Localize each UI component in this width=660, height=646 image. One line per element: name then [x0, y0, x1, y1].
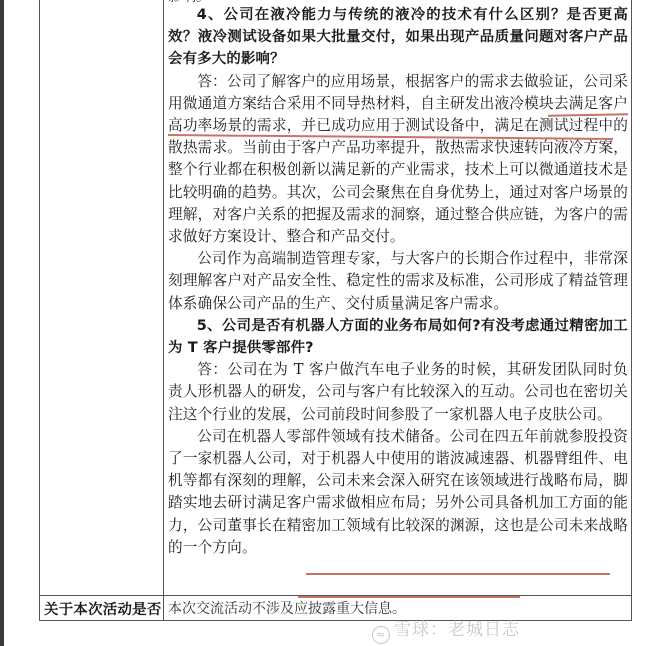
- answer-5-para-1: 答：公司在为 T 客户做汽车电子业务的时候，其研发团队同时负责人形机器人的研发，…: [168, 359, 628, 426]
- answer-5-para-2: 公司在机器人零部件领域有技术储备。公司在四五年前就参股投资了一家机器人公司，对于…: [168, 426, 628, 559]
- red-underline-2a: [306, 573, 610, 575]
- watermark: ≈雪球：老城日志: [372, 615, 520, 644]
- bottom-row-label: 关于本次活动是否: [44, 598, 162, 619]
- bottom-row-text: 本次交流活动不涉及应披露重大信息。: [168, 598, 406, 618]
- question-4: 4、公司在液冷能力与传统的液冷的技术有什么区别？是否更高效？液冷测试设备如果大批…: [168, 4, 628, 71]
- question-5: 5、公司是否有机器人方面的业务布局如何?有没考虑通过精密加工为 T 客户提供零部…: [168, 315, 628, 359]
- answer-4-para-2: 公司作为高端制造管理专家，与大客户的长期合作过程中，非常深刻理解客户对产品安全性…: [168, 248, 628, 315]
- viewer-edge: [0, 0, 4, 646]
- watermark-text: 雪球：老城日志: [394, 620, 520, 640]
- answer-4-para-1: 答：公司了解客户的应用场景，根据客户的需求去做验证，公司采用微通道方案结合采用不…: [168, 71, 628, 249]
- qa-content: 4、公司在液冷能力与传统的液冷的技术有什么区别？是否更高效？液冷测试设备如果大批…: [168, 4, 628, 559]
- snowball-logo-icon: ≈: [372, 626, 390, 644]
- table-column-divider: [163, 0, 164, 621]
